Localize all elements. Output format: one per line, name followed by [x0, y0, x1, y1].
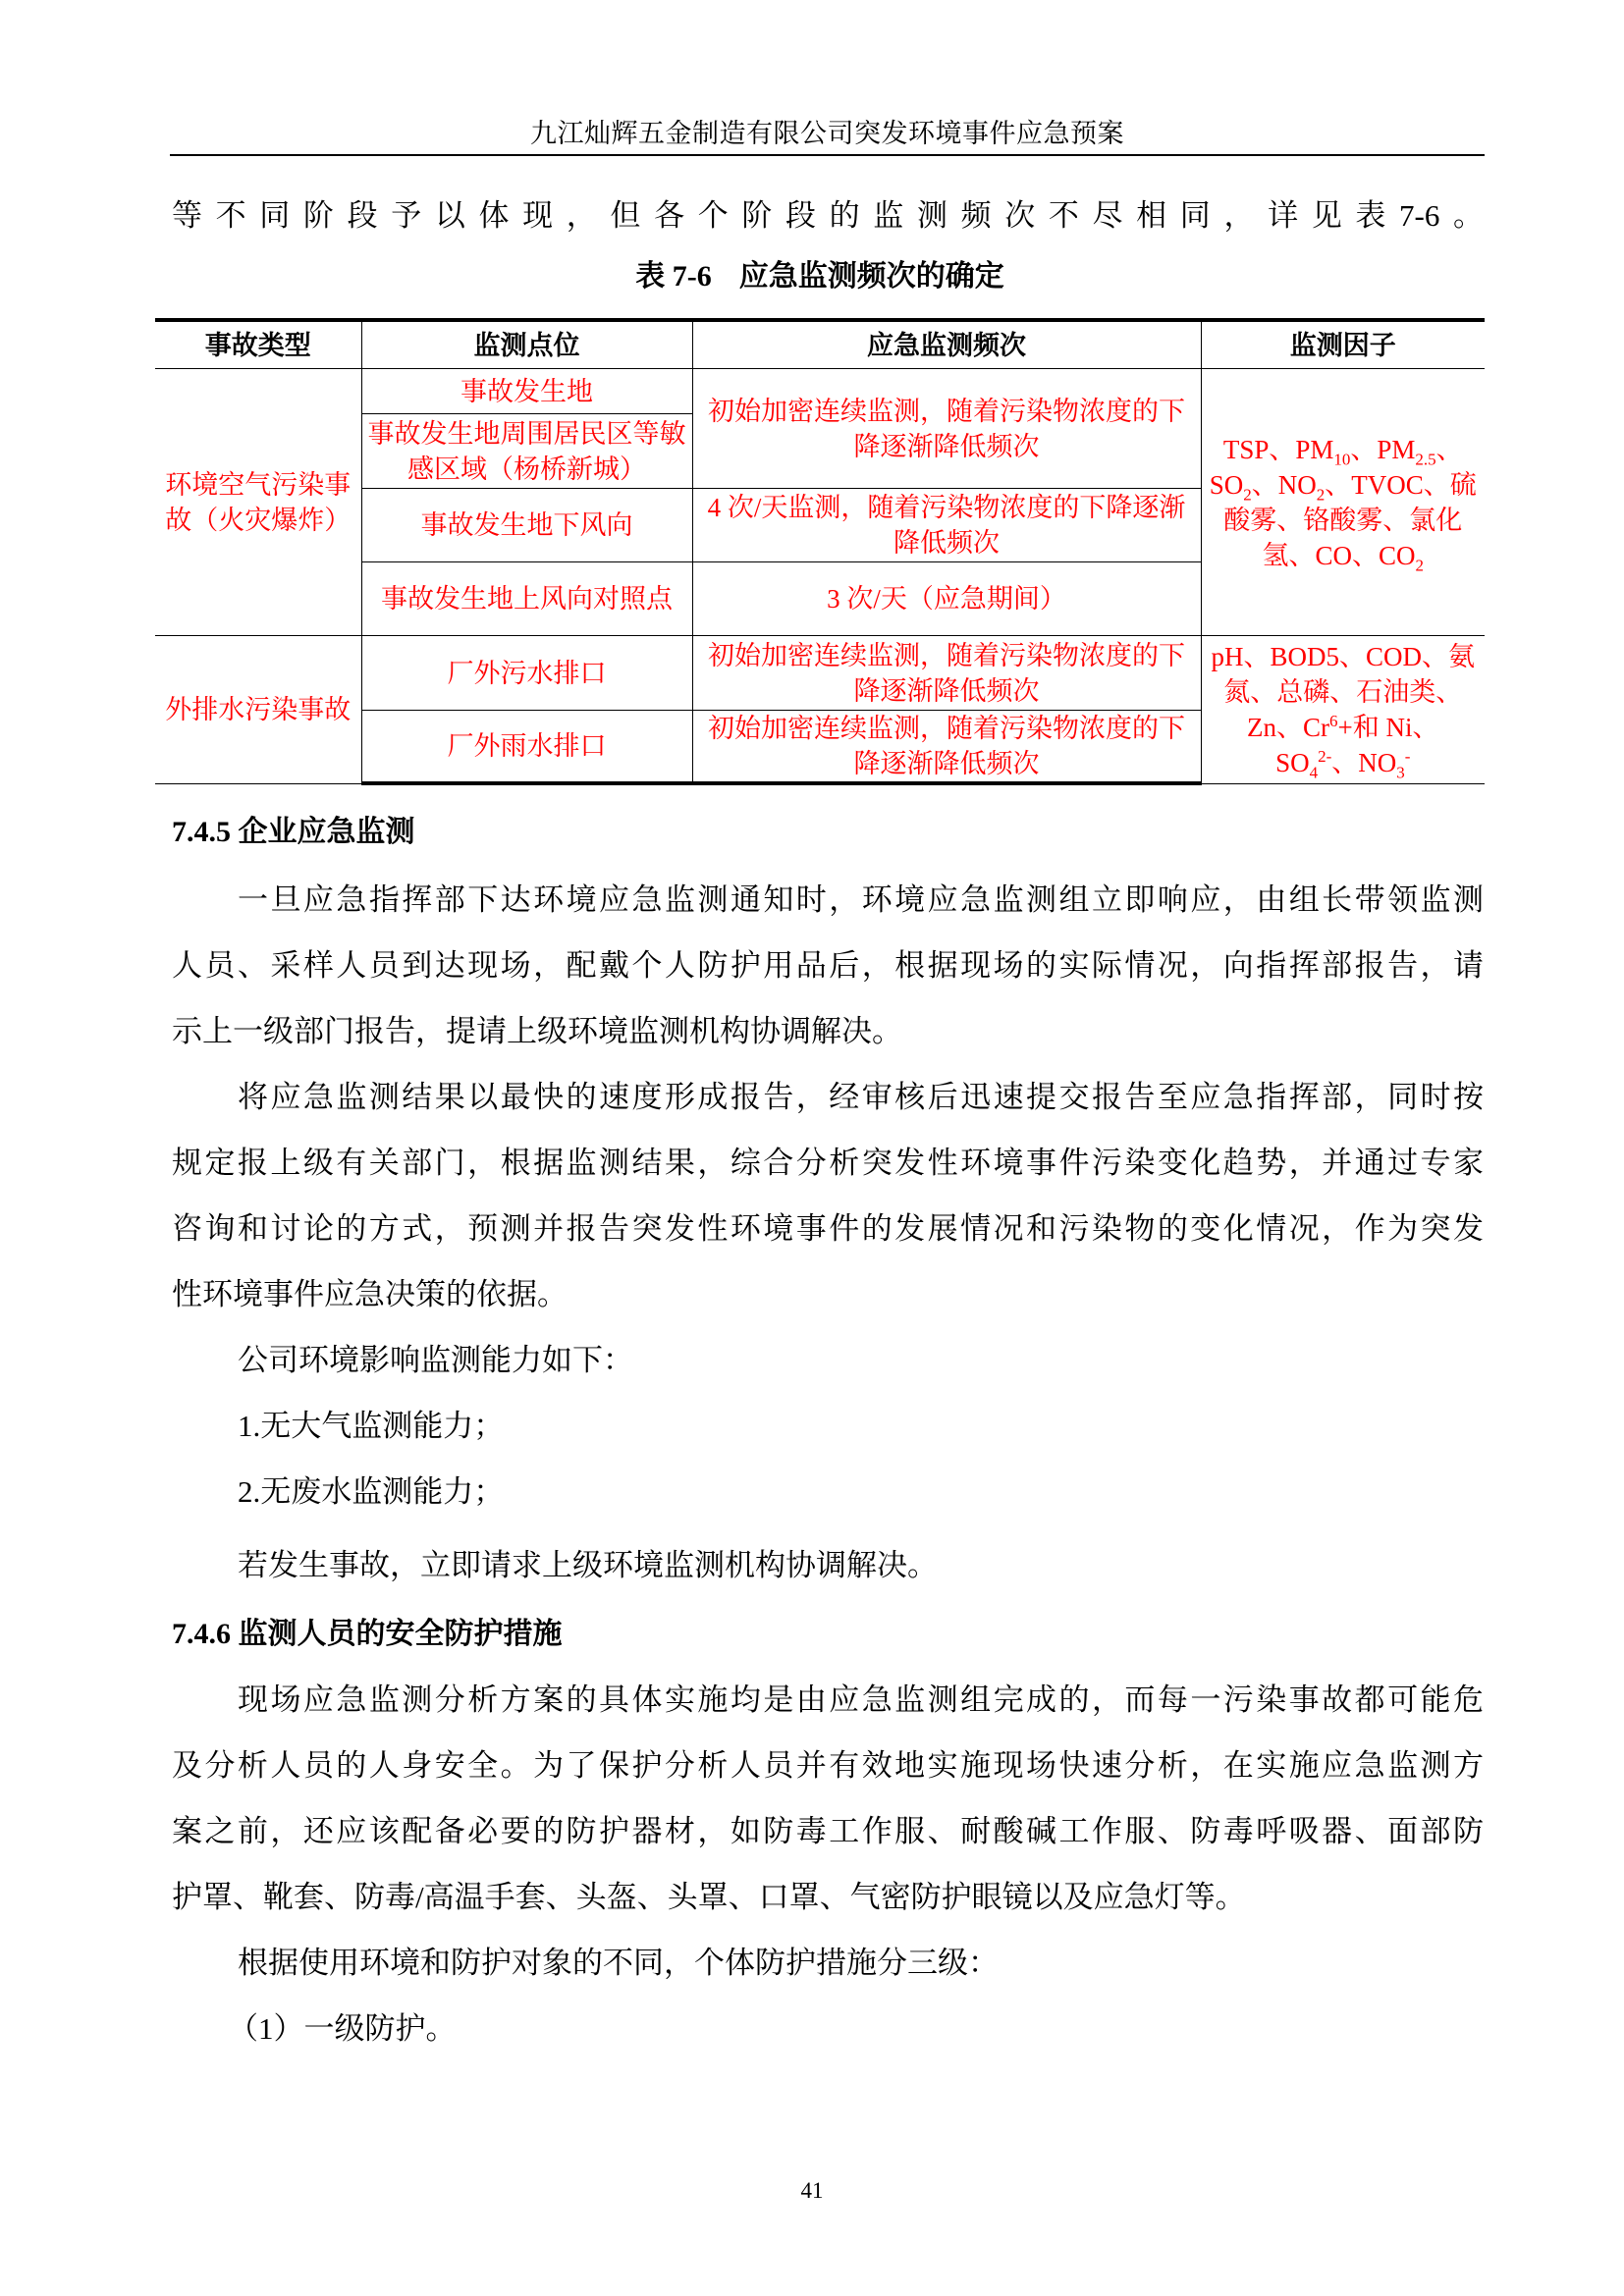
frequency-cell: 3 次/天（应急期间）	[692, 562, 1201, 636]
paragraph-line: 性环境事件应急决策的依据。	[172, 1275, 1484, 1314]
frequency-cell: 4 次/天监测，随着污染物浓度的下降逐渐降低频次	[692, 489, 1201, 562]
frequency-cell: 初始加密连续监测，随着污染物浓度的下降逐渐降低频次	[692, 711, 1201, 784]
column-header: 事故类型	[155, 320, 361, 369]
table-caption: 表 7-6应急监测频次的确定	[155, 257, 1485, 296]
paragraph-line: 及分析人员的人身安全。为了保护分析人员并有效地实施现场快速分析，在实施应急监测方	[172, 1746, 1484, 1786]
header-rule	[170, 154, 1485, 156]
paragraph-line: 护罩、靴套、防毒/高温手套、头盔、头罩、口罩、气密防护眼镜以及应急灯等。	[172, 1878, 1484, 1917]
monitoring-point-cell: 厂外污水排口	[361, 636, 692, 711]
factors-cell: pH、BOD5、COD、氨氮、总磷、石油类、Zn、Cr6+和 Ni、SO42-、…	[1201, 636, 1485, 784]
paragraph-line: 将应急监测结果以最快的速度形成报告，经审核后迅速提交报告至应急指挥部，同时按	[238, 1078, 1484, 1117]
paragraph-line: 一旦应急指挥部下达环境应急监测通知时，环境应急监测组立即响应，由组长带领监测	[238, 881, 1484, 920]
frequency-cell: 初始加密连续监测，随着污染物浓度的下降逐渐降低频次	[692, 636, 1201, 711]
paragraph-line: 根据使用环境和防护对象的不同，个体防护措施分三级：	[238, 1944, 1484, 1983]
list-item: （1）一级防护。	[228, 2009, 1474, 2049]
column-header: 应急监测频次	[692, 320, 1201, 369]
table-header-row: 事故类型 监测点位 应急监测频次 监测因子	[155, 320, 1485, 369]
monitoring-point-cell: 事故发生地	[361, 369, 692, 414]
page-header-title: 九江灿辉五金制造有限公司突发环境事件应急预案	[170, 116, 1485, 151]
paragraph-line: 规定报上级有关部门，根据监测结果，综合分析突发性环境事件污染变化趋势，并通过专家	[172, 1144, 1484, 1183]
monitoring-point-cell: 事故发生地周围居民区等敏感区域（杨桥新城）	[361, 414, 692, 489]
section-heading-7-4-5: 7.4.5 企业应急监测	[172, 813, 1484, 852]
monitoring-point-cell: 厂外雨水排口	[361, 711, 692, 784]
paragraph-line: 若发生事故，立即请求上级环境监测机构协调解决。	[238, 1546, 1484, 1585]
column-header: 监测因子	[1201, 320, 1485, 369]
list-item: 2.无废水监测能力；	[238, 1472, 1484, 1512]
frequency-cell: 初始加密连续监测，随着污染物浓度的下降逐渐降低频次	[692, 369, 1201, 489]
paragraph-line: 案之前，还应该配备必要的防护器材，如防毒工作服、耐酸碱工作服、防毒呼吸器、面部防	[172, 1812, 1484, 1851]
list-item: 1.无大气监测能力；	[238, 1407, 1484, 1446]
factors-cell: TSP、PM10、PM2.5、SO2、NO2、TVOC、硫酸雾、铬酸雾、氯化氢、…	[1201, 369, 1485, 636]
page-number: 41	[0, 2177, 1624, 2205]
table-row: 外排水污染事故 厂外污水排口 初始加密连续监测，随着污染物浓度的下降逐渐降低频次…	[155, 636, 1485, 711]
table-caption-number: 表 7-6	[635, 260, 712, 293]
paragraph-line: 咨询和讨论的方式，预测并报告突发性环境事件的发展情况和污染物的变化情况，作为突发	[172, 1209, 1484, 1249]
accident-type-cell: 外排水污染事故	[155, 636, 361, 784]
intro-line: 等不同阶段予以体现，但各个阶段的监测频次不尽相同，详见表7-6。	[172, 196, 1484, 236]
monitoring-point-cell: 事故发生地上风向对照点	[361, 562, 692, 636]
table-row: 环境空气污染事故（火灾爆炸） 事故发生地 初始加密连续监测，随着污染物浓度的下降…	[155, 369, 1485, 414]
monitoring-frequency-table: 事故类型 监测点位 应急监测频次 监测因子 环境空气污染事故（火灾爆炸） 事故发…	[155, 318, 1485, 785]
monitoring-point-cell: 事故发生地下风向	[361, 489, 692, 562]
paragraph-line: 示上一级部门报告，提请上级环境监测机构协调解决。	[172, 1012, 1484, 1051]
column-header: 监测点位	[361, 320, 692, 369]
paragraph-line: 公司环境影响监测能力如下：	[238, 1341, 1484, 1380]
table-caption-title: 应急监测频次的确定	[739, 260, 1004, 293]
paragraph-line: 人员、采样人员到达现场，配戴个人防护用品后，根据现场的实际情况，向指挥部报告，请	[172, 946, 1484, 986]
section-heading-7-4-6: 7.4.6 监测人员的安全防护措施	[172, 1615, 1484, 1654]
accident-type-cell: 环境空气污染事故（火灾爆炸）	[155, 369, 361, 636]
paragraph-line: 现场应急监测分析方案的具体实施均是由应急监测组完成的，而每一污染事故都可能危	[238, 1681, 1484, 1720]
